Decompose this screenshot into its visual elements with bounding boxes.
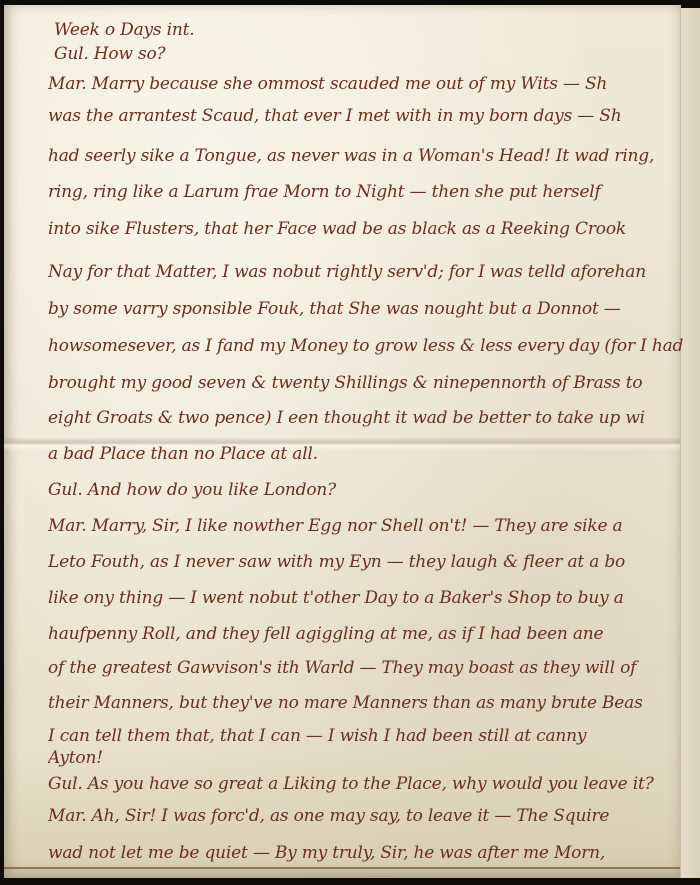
text-line: of the greatest Gawvison's ith Warld — T…	[48, 655, 684, 681]
text-line: ring, ring like a Larum frae Morn to Nig…	[48, 179, 684, 205]
text-line: had seerly sike a Tongue, as never was i…	[48, 143, 684, 169]
text-line: Nay for that Matter, I was nobut rightly…	[48, 259, 684, 285]
text-line: was the arrantest Scaud, that ever I met…	[48, 103, 684, 129]
text-line: brought my good seven & twenty Shillings…	[48, 370, 684, 396]
text-line: Gul. And how do you like London?	[48, 477, 684, 503]
text-line: Gul. As you have so great a Liking to th…	[48, 771, 684, 797]
manuscript-scan: Week o Days int. Gul. How so? Mar. Marry…	[0, 0, 700, 885]
text-line: haufpenny Roll, and they fell agiggling …	[48, 621, 684, 647]
text-line: wad not let me be quiet — By my truly, S…	[48, 840, 684, 866]
text-line: into sike Flusters, that her Face wad be…	[48, 216, 684, 242]
text-line: a bad Place than no Place at all.	[48, 441, 684, 467]
text-line: Mar. Marry because she ommost scauded me…	[48, 71, 684, 97]
text-line: Ayton!	[48, 745, 684, 771]
text-line: Gul. How so?	[54, 41, 690, 67]
text-line: Mar. Marry, Sir, I like nowther Egg nor …	[48, 513, 684, 539]
manuscript-page: Week o Days int. Gul. How so? Mar. Marry…	[4, 5, 681, 878]
text-line: howsomesever, as I fand my Money to grow…	[48, 333, 684, 359]
text-line: Week o Days int.	[54, 17, 690, 43]
text-line: eight Groats & two pence) I een thought …	[48, 405, 684, 431]
text-line: their Manners, but they've no mare Manne…	[48, 690, 684, 716]
torn-bottom-edge	[4, 867, 680, 869]
text-line: by some varry sponsible Fouk, that She w…	[48, 296, 684, 322]
text-line: like ony thing — I went nobut t'other Da…	[48, 585, 684, 611]
text-line: Leto Fouth, as I never saw with my Eyn —…	[48, 549, 684, 575]
text-line: Mar. Ah, Sir! I was forc'd, as one may s…	[48, 803, 684, 829]
